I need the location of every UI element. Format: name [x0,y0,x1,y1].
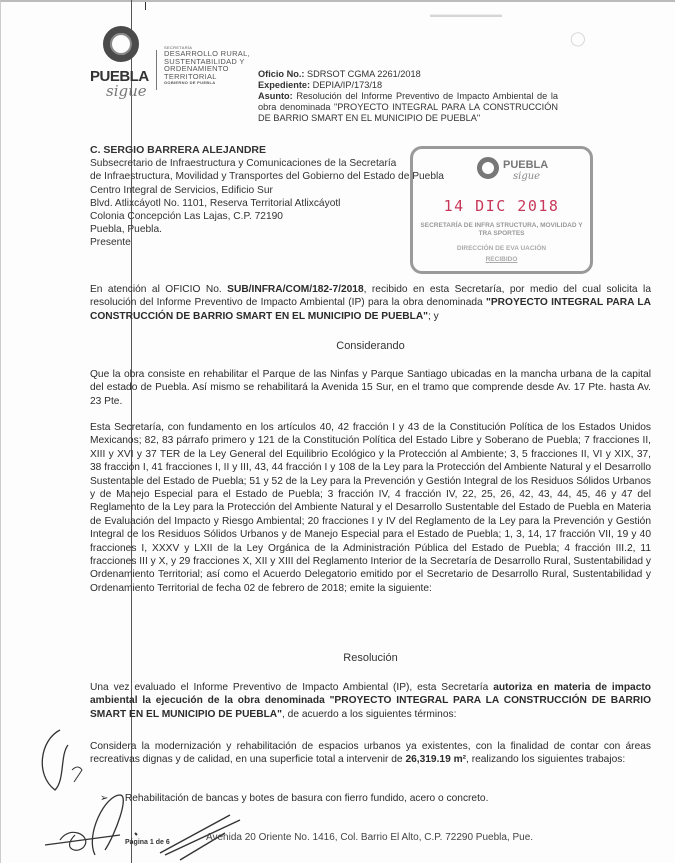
addressee-line: Subsecretario de Infraestructura y Comun… [90,157,444,170]
scan-mark [145,2,146,10]
stamp-status: RECIBIDO [413,256,590,263]
stamp-date: 14 DIC 2018 [413,197,590,215]
oficio-line: Oficio No.: SDRSOT CGMA 2261/2018 [258,69,558,80]
resolucion-paragraph: Una vez evaluado el Informe Preventivo d… [90,681,651,721]
puebla-logo: PUEBLA sigue [90,26,160,101]
expediente-value: DEPIA/IP/173/18 [313,80,382,90]
addressee-name: C. SERGIO BARRERA ALEJANDRE [90,144,444,157]
intro-oficio-number: SUB/INFRA/COM/182-7/2018 [227,284,363,295]
expediente-label: Expediente: [258,80,310,90]
considerando-heading: Considerando [90,340,651,352]
logo-subtext: sigue [106,82,147,100]
stamp-secretaria: SECRETARÍA DE INFRA STRUCTURA, MOVILIDAD… [417,222,586,238]
received-stamp: PUEBLA sigue 14 DIC 2018 SECRETARÍA DE I… [410,146,593,274]
bleed-through-text: ▬▬▬▬▬▬▬▬▬ [430,10,502,19]
addressee-line: Centro Integral de Servicios, Edificio S… [90,184,444,197]
footer-address: Avenida 20 Oriente No. 1416, Col. Barrio… [206,832,533,843]
addressee-block: C. SERGIO BARRERA ALEJANDRE Subsecretari… [90,144,444,250]
expediente-line: Expediente: DEPIA/IP/173/18 [258,80,558,91]
considerando-paragraph: Que la obra consiste en rehabilitar el P… [90,368,651,408]
addressee-line: Puebla, Puebla. [90,223,444,236]
logo-divider [156,50,157,90]
stamp-logo-text: PUEBLA [503,159,548,171]
addressee-line: de Infraestructura, Movilidad y Transpor… [90,170,444,183]
agency-footer: Gobierno de Puebla [164,80,250,85]
asunto-line: Asunto: Resolución del Informe Preventiv… [258,91,558,124]
addressee-line: Colonia Concepción Las Lajas, C.P. 72190 [90,210,444,223]
resolucion-heading: Resolución [90,652,651,664]
considera-paragraph: Considera la modernización y rehabilitac… [90,740,651,767]
oficio-label: Oficio No.: [258,69,304,79]
stamp-direccion: DIRECCIÓN DE EVA UACIÓN [413,245,590,252]
considera-end: , realizando los siguientes trabajos: [466,754,625,765]
intro-text: En atención al OFICIO No. [90,284,227,295]
asunto-label: Asunto: [258,91,293,101]
page-number: Página 1 de 6 [125,839,170,846]
oficio-value: SDRSOT CGMA 2261/2018 [307,69,421,79]
fundamento-paragraph: Esta Secretaría, con fundamento en los a… [90,421,651,595]
asunto-value: Resolución del Informe Preventivo de Imp… [258,91,558,123]
agency-name: Secretaría Desarrollo Rural, Sustentabil… [164,45,250,85]
agency-line: Territorial [164,73,250,81]
intro-paragraph: En atención al OFICIO No. SUB/INFRA/COM/… [90,283,651,323]
intro-end: ; y [428,311,439,322]
stamp-logo-ring-icon [477,157,499,179]
stamp-logo-subtext: sigue [513,171,540,182]
handwritten-signature [40,785,280,863]
addressee-line: Presente [90,236,444,249]
bleed-through-logo: ◯ [570,30,586,47]
addressee-line: Blvd. Atlixcáyotl No. 1101, Reserva Terr… [90,197,444,210]
resolucion-text: Una vez evaluado el Informe Preventivo d… [90,682,493,693]
considera-area: 26,319.19 m² [405,754,466,765]
logo-ring-icon [103,26,139,62]
resolucion-end: , de acuerdo a los siguientes términos: [282,709,456,720]
document-header: Oficio No.: SDRSOT CGMA 2261/2018 Expedi… [258,69,558,124]
